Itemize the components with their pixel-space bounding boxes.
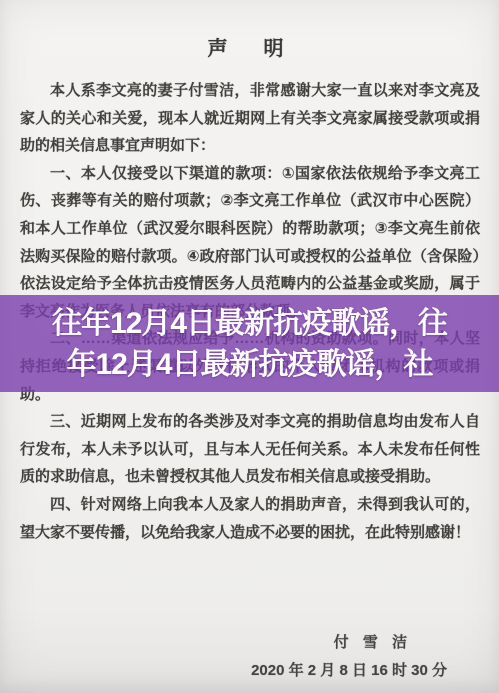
headline-text: 往年12月4日最新抗疫歌谣，往 年12月4日最新抗疫歌谣，社 bbox=[0, 295, 499, 385]
headline-line-1: 往年12月4日最新抗疫歌谣，往 bbox=[0, 303, 499, 344]
headline-line-2: 年12月4日最新抗疫歌谣，社 bbox=[0, 344, 499, 385]
statement-photo: 声 明 本人系李文亮的妻子付雪洁，非常感谢大家一直以来对李文亮及家人的关心和关爱… bbox=[0, 0, 499, 693]
statement-title: 声 明 bbox=[0, 0, 499, 61]
paragraph-intro: 本人系李文亮的妻子付雪洁，非常感谢大家一直以来对李文亮及家人的关心和关爱，现本人… bbox=[20, 77, 480, 160]
signature-name: 付 雪 洁 bbox=[334, 631, 412, 652]
headline-overlay-banner: 往年12月4日最新抗疫歌谣，往 年12月4日最新抗疫歌谣，社 bbox=[0, 295, 499, 392]
paragraph-item-3: 三、近期网上发布的各类涉及对李文亮的捐助信息均由发布人自行发布，本人未予以认可，… bbox=[20, 408, 480, 491]
signature-datetime: 2020 年 2 月 8 日 16 时 30 分 bbox=[251, 659, 447, 680]
paragraph-item-4: 四、针对网络上向我本人及家人的捐助声音，未得到我认可的，望大家不要传播，以免给我… bbox=[20, 491, 480, 546]
